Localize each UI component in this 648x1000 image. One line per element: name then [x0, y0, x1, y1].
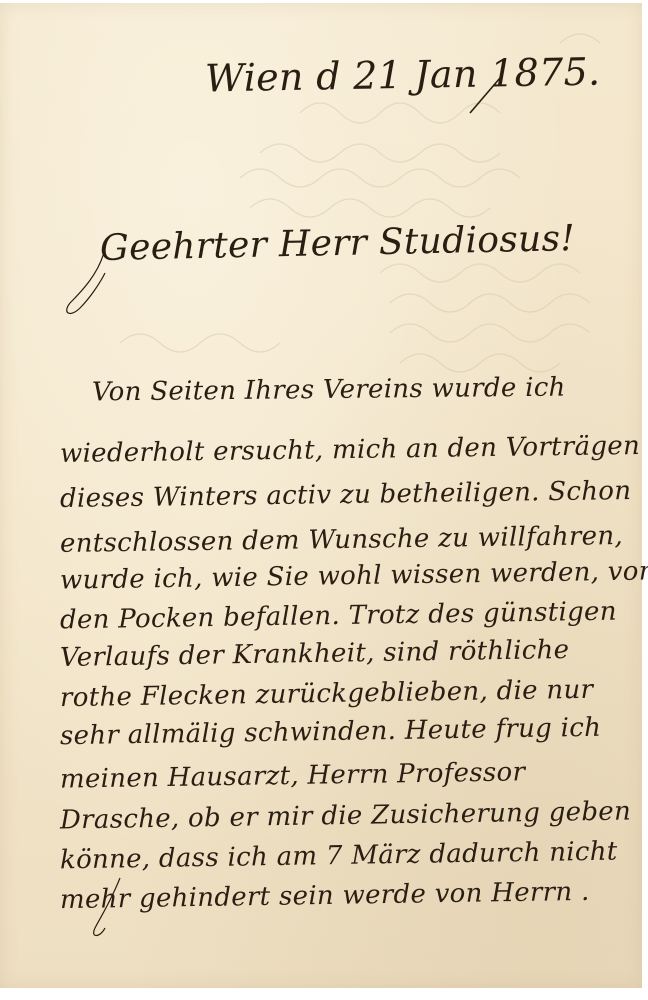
letter-salutation: Geehrter Herr Studiosus! — [100, 218, 576, 269]
letter-line: wiederholt ersucht, mich an den Vorträge… — [60, 431, 640, 469]
letter-line: wurde ich, wie Sie wohl wissen werden, v… — [60, 556, 648, 595]
letter-line: sehr allmälig schwinden. Heute frug ich — [60, 713, 602, 751]
letter-dateline: Wien d 21 Jan 1875. — [205, 50, 601, 101]
letter-line: rothe Flecken zurückgeblieben, die nur — [60, 675, 594, 713]
letter-line: mehr gehindert sein werde von Herrn . — [60, 877, 590, 915]
letter-line: meinen Hausarzt, Herrn Professor — [60, 757, 526, 794]
letter-line: Verlaufs der Krankheit, sind röthliche — [60, 635, 570, 673]
letter-line: entschlossen dem Wunsche zu willfahren, — [60, 521, 623, 559]
letter-line: Von Seiten Ihres Vereins wurde ich — [92, 373, 566, 408]
letter-line: könne, dass ich am 7 März dadurch nicht — [60, 837, 618, 876]
letter-line: dieses Winters activ zu betheiligen. Sch… — [60, 476, 632, 514]
letter-page: Wien d 21 Jan 1875. Geehrter Herr Studio… — [0, 3, 642, 988]
letter-line: Drasche, ob er mir die Zusicherung geben — [60, 797, 631, 836]
letter-line: den Pocken befallen. Trotz des günstigen — [60, 597, 617, 636]
